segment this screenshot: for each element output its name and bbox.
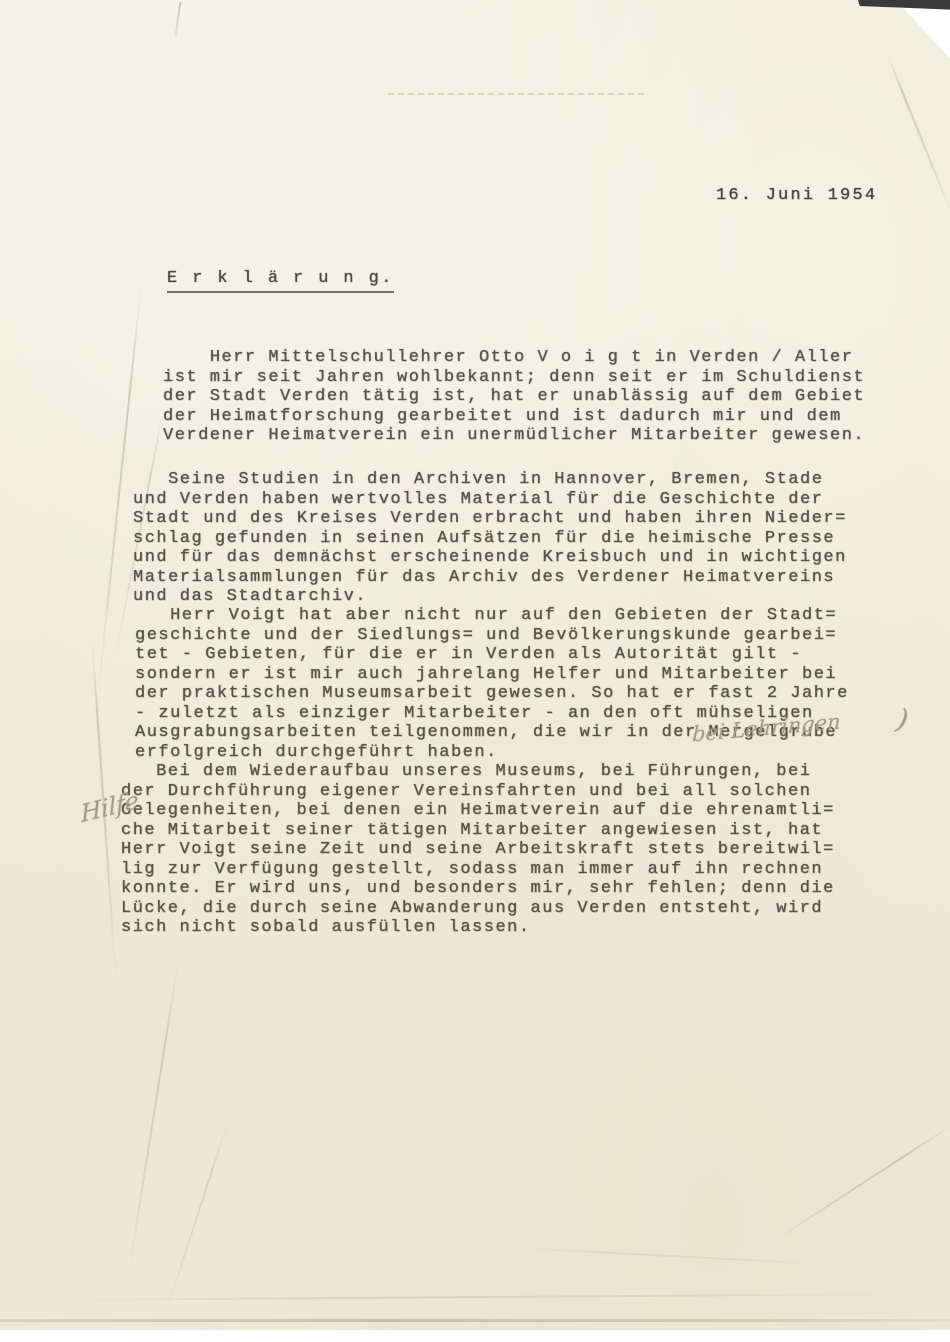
paragraph-studies: Seine Studien in den Archiven in Hannove… bbox=[133, 470, 903, 607]
paragraph-closing: Bei dem Wiederaufbau unseres Museums, be… bbox=[121, 762, 891, 938]
scanned-document: 16. Juni 1954 E r k l ä r u n g. Herr Mi… bbox=[0, 0, 950, 1342]
paragraph-museum-work: Herr Voigt hat aber nicht nur auf den Ge… bbox=[135, 606, 905, 762]
faded-stamp-line bbox=[388, 93, 644, 95]
paragraph-intro: Herr Mittelschullehrer Otto V o i g t in… bbox=[163, 348, 933, 446]
paper-sheet: 16. Juni 1954 E r k l ä r u n g. Herr Mi… bbox=[0, 0, 950, 1330]
paper-crease bbox=[774, 1125, 950, 1241]
pencil-mark bbox=[175, 2, 182, 36]
date-line: 16. Juni 1954 bbox=[716, 186, 877, 206]
paper-crease bbox=[164, 1125, 228, 1316]
paper-crease bbox=[520, 1247, 820, 1265]
paper-bottom-edge bbox=[0, 1319, 950, 1322]
scan-background: { "document": { "date": "16. Juni 1954",… bbox=[0, 0, 950, 1342]
document-title: E r k l ä r u n g. bbox=[167, 269, 394, 293]
paper-crease bbox=[886, 54, 950, 212]
paper-crease bbox=[127, 962, 179, 1278]
paper-crease bbox=[70, 1293, 900, 1301]
